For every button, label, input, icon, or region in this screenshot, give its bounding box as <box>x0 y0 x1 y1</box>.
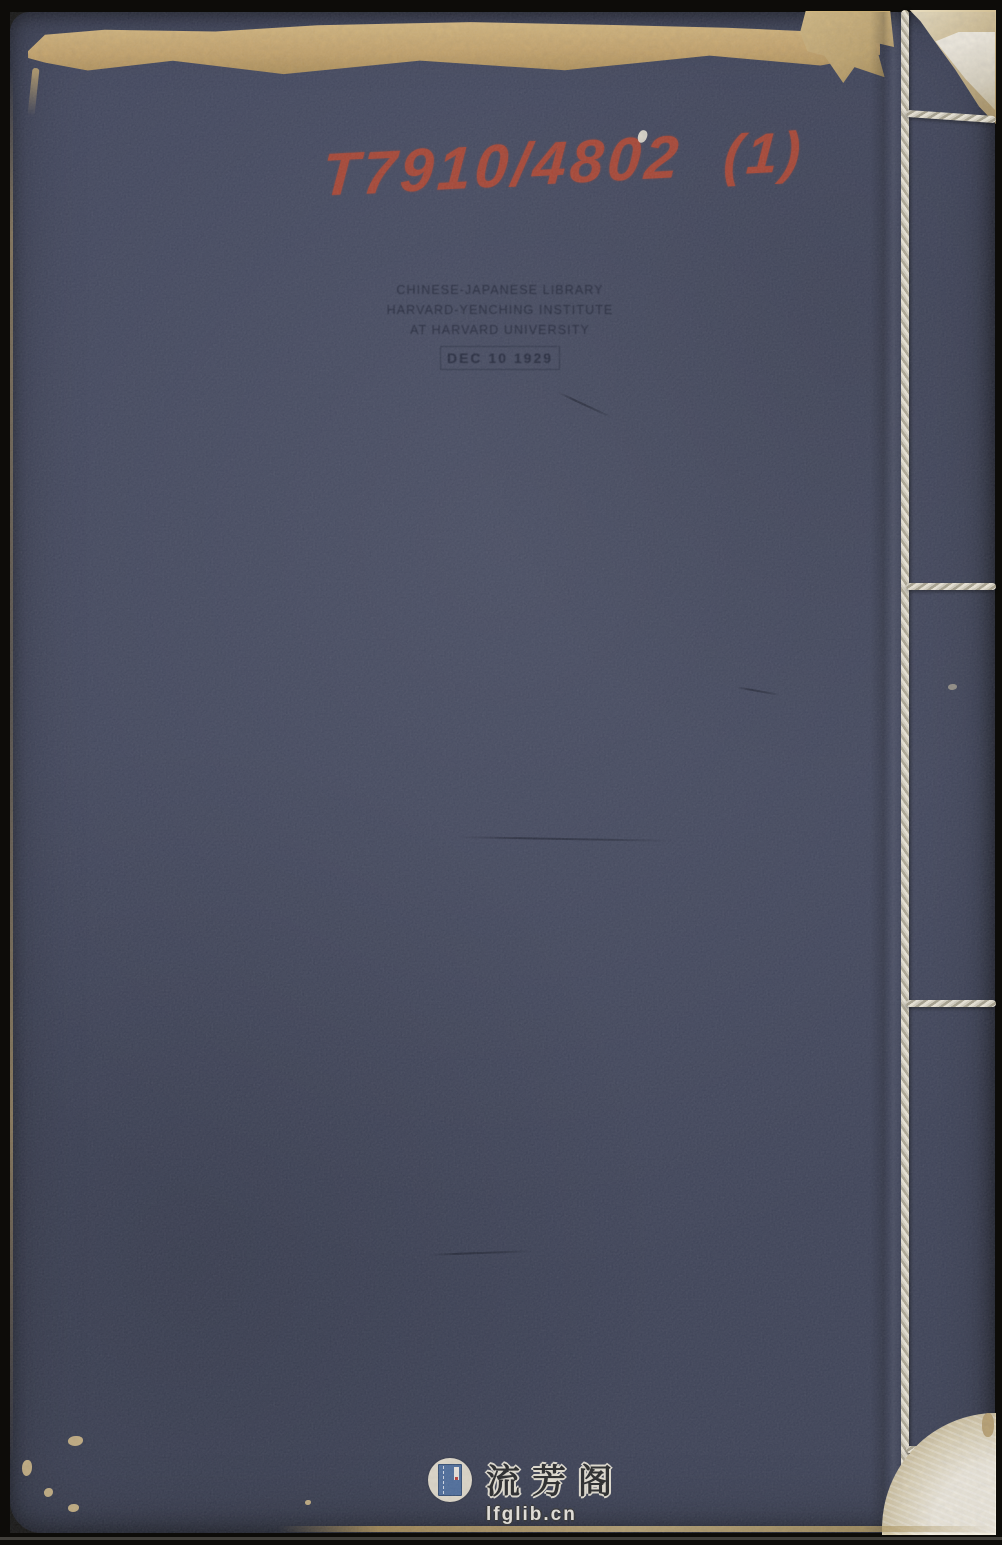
wear-speck <box>68 1436 83 1446</box>
left-edge-wear <box>10 67 13 1467</box>
cover-crease <box>458 836 673 842</box>
watermark-site-url: lfglib.cn <box>486 1504 624 1526</box>
top-left-wear-sliver <box>28 68 40 116</box>
binding-stitch <box>906 1000 996 1007</box>
cover-crease <box>736 686 780 696</box>
stamp-line: HARVARD-YENCHING INSTITUTE <box>366 300 634 320</box>
stamp-line: AT HARVARD UNIVERSITY <box>366 320 634 340</box>
wear-speck <box>44 1488 53 1497</box>
call-number-volume: (1) <box>722 119 807 187</box>
edge-wear-notch <box>982 1413 994 1437</box>
scanned-book-photo: T7910/4802(1) CHINESE-JAPANESE LIBRARY H… <box>0 0 1002 1545</box>
watermark-text: 流芳阁 lfglib.cn <box>486 1454 624 1526</box>
book-icon-seal <box>455 1477 458 1480</box>
thread-bound-book-icon <box>438 1464 462 1496</box>
binding-thread-vertical <box>901 10 909 1535</box>
stamp-line: CHINESE-JAPANESE LIBRARY <box>366 280 634 300</box>
watermark-site-name: 流芳阁 <box>486 1454 624 1503</box>
watermark-badge <box>428 1458 472 1502</box>
stamp-date: DEC 10 1929 <box>440 346 560 370</box>
wear-speck <box>68 1504 79 1512</box>
book-icon-stitches <box>440 1466 444 1494</box>
top-edge-wear <box>28 19 880 81</box>
binding-stitch <box>906 583 996 590</box>
spine-groove <box>870 12 900 1533</box>
library-stamp: CHINESE-JAPANESE LIBRARY HARVARD-YENCHIN… <box>366 280 634 370</box>
binding-stitch <box>906 110 996 123</box>
wear-speck <box>305 1500 311 1505</box>
site-watermark: 流芳阁 lfglib.cn <box>428 1458 624 1526</box>
corner-fold-edge <box>929 32 995 110</box>
book-cover: T7910/4802(1) CHINESE-JAPANESE LIBRARY H… <box>10 12 995 1533</box>
cover-crease <box>557 391 612 418</box>
call-number: T7910/4802(1) <box>320 111 884 210</box>
call-number-text: T7910/4802 <box>320 123 684 209</box>
bottom-edge-wear <box>278 1526 992 1532</box>
wear-speck <box>22 1460 32 1476</box>
wear-speck <box>948 684 957 690</box>
cover-crease <box>428 1250 533 1256</box>
scanner-bed-edge <box>0 1537 1002 1540</box>
cloth-grain-texture <box>10 12 995 1533</box>
